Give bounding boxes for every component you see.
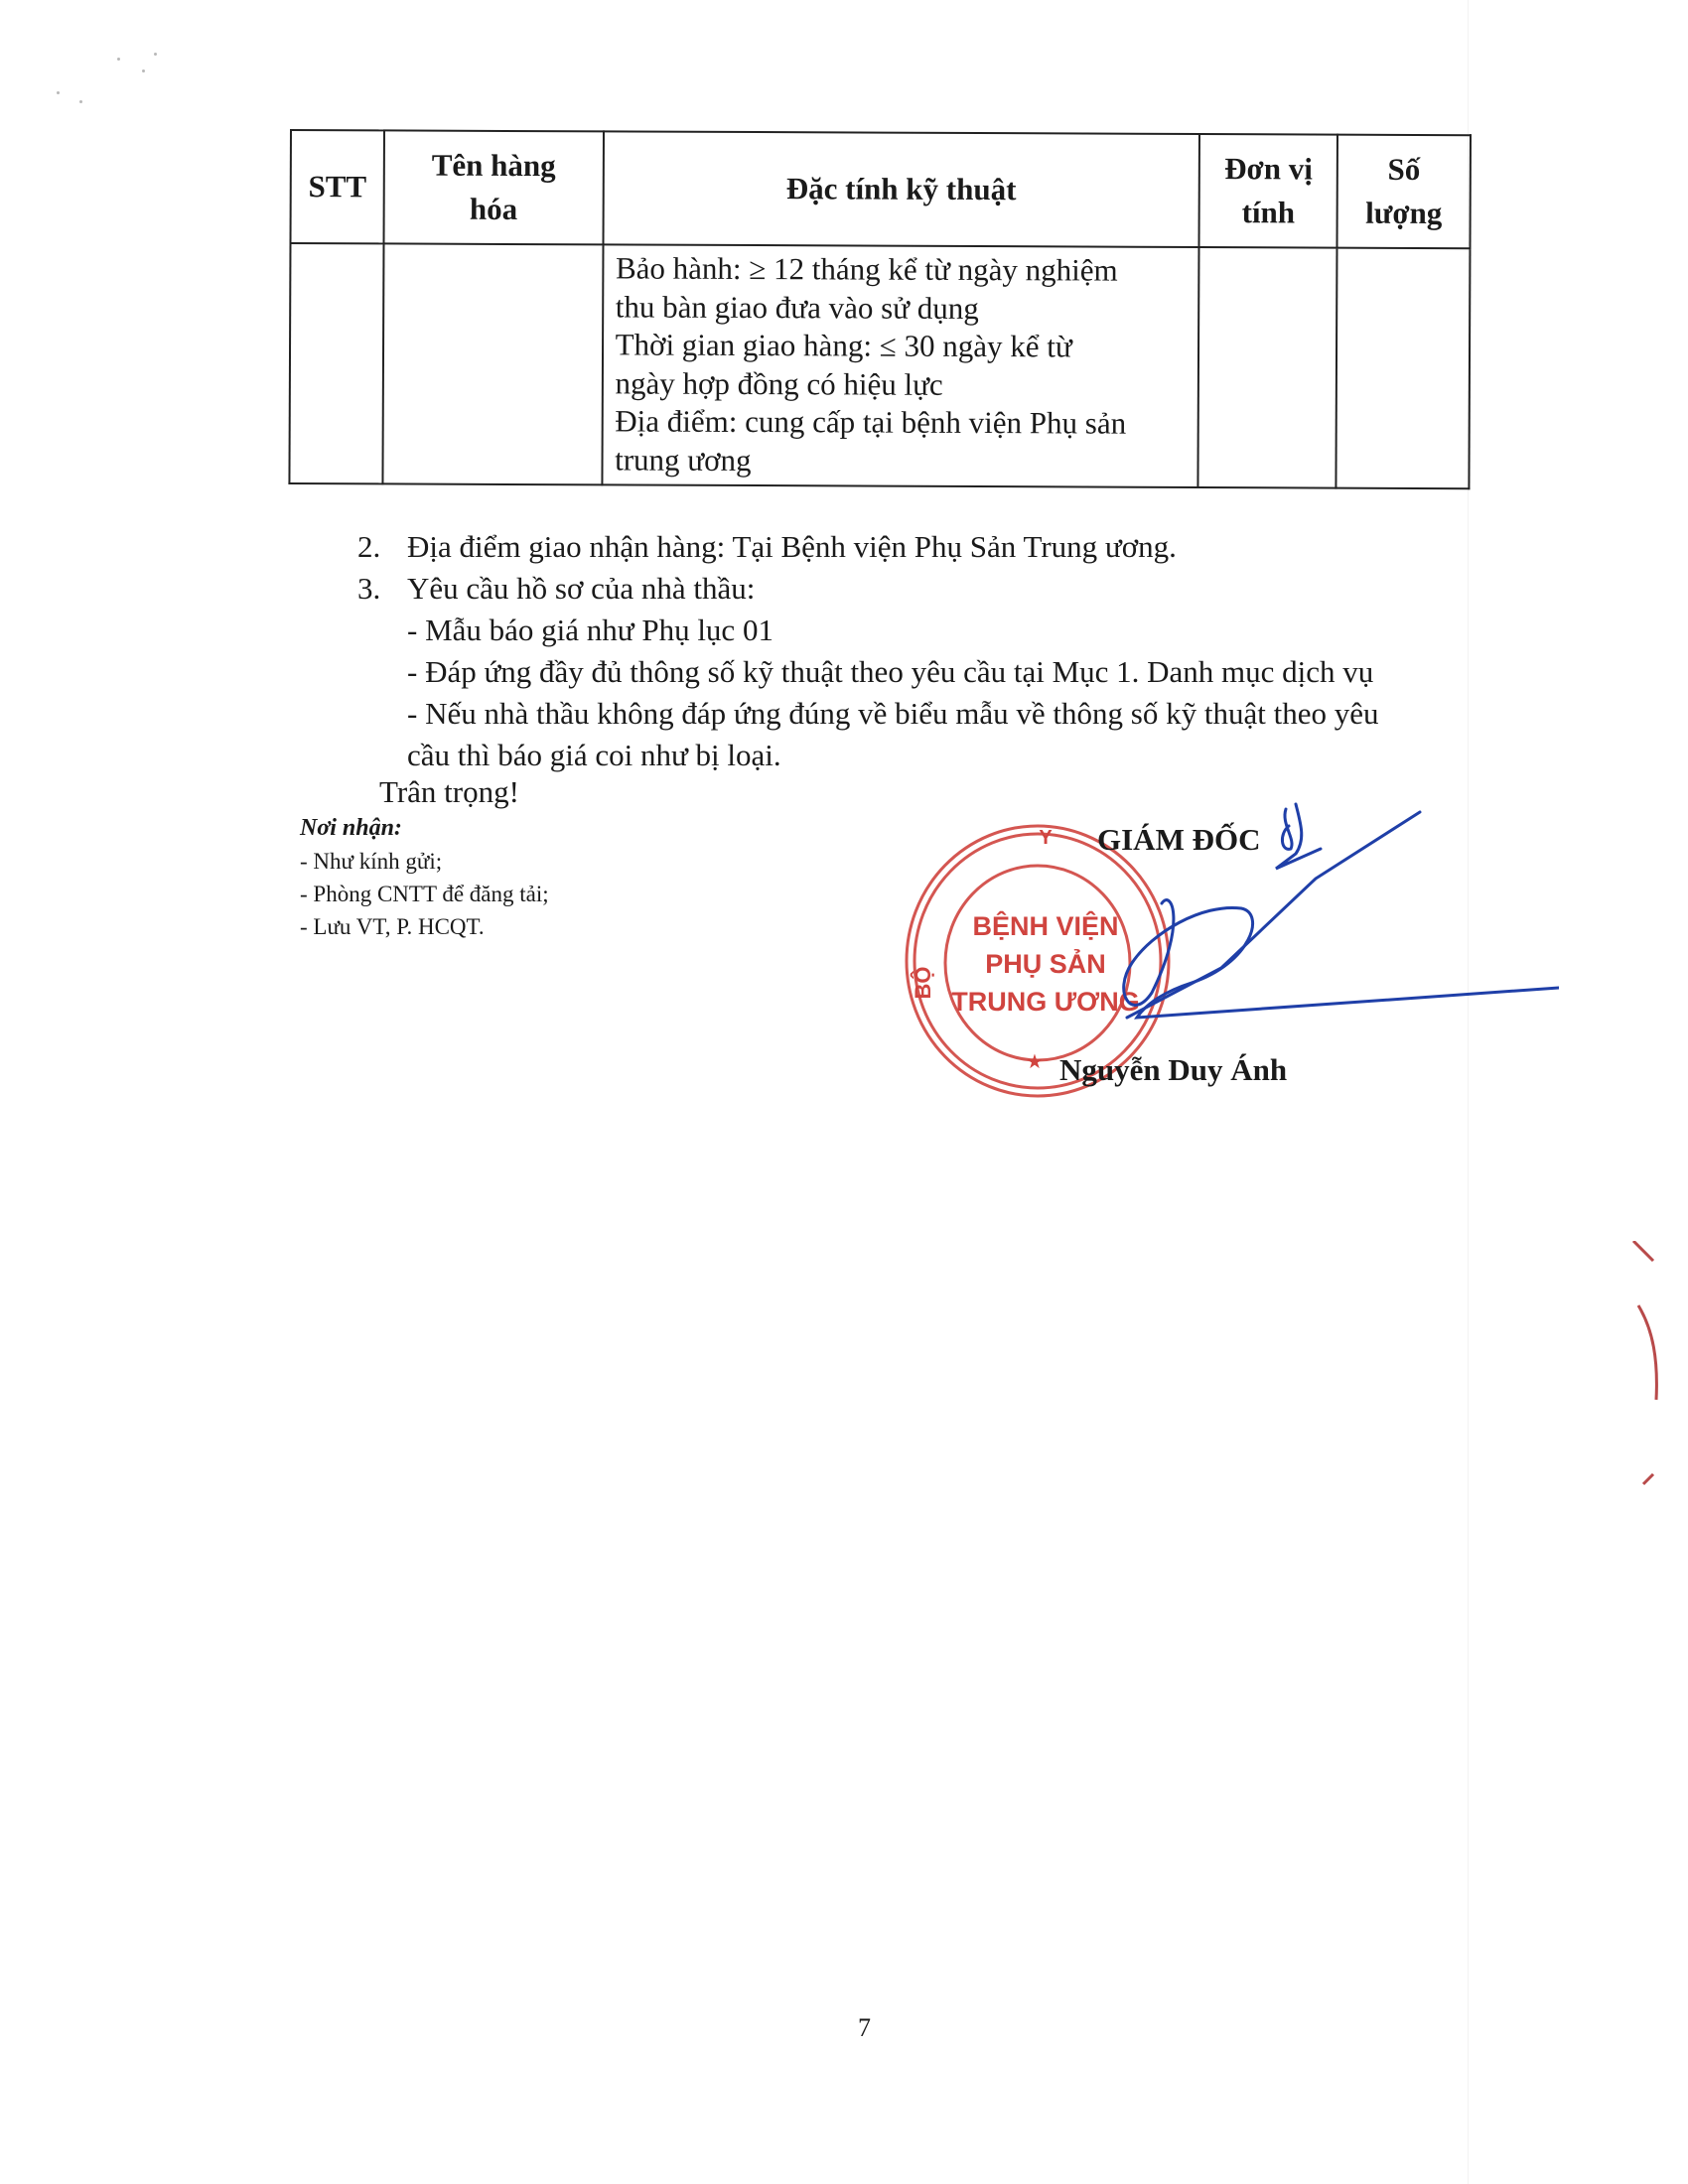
list-item-3: 3. Yêu cầu hồ sơ của nhà thầu:	[357, 568, 1378, 610]
header-qty: Sốlượng	[1337, 135, 1471, 249]
spec-line: trung ương	[615, 441, 1188, 481]
recipient-item: - Phòng CNTT để đăng tải;	[300, 878, 549, 910]
spec-line: thu bàn giao đưa vào sử dụng	[616, 288, 1189, 329]
header-spec: Đặc tính kỹ thuật	[603, 131, 1199, 247]
header-stt: STT	[290, 130, 384, 243]
page-number: 7	[858, 2013, 871, 2043]
svg-text:Y: Y	[1039, 827, 1053, 849]
recipient-item: - Như kính gửi;	[300, 845, 549, 878]
cell-stt	[289, 243, 383, 483]
recipients-heading: Nơi nhận:	[300, 812, 549, 845]
body-section: 2. Địa điểm giao nhận hàng: Tại Bệnh việ…	[357, 526, 1378, 776]
spec-line: Bảo hành: ≥ 12 tháng kể từ ngày nghiệm	[616, 249, 1189, 290]
cell-item-name	[383, 243, 603, 484]
svg-text:BỘ: BỘ	[911, 967, 935, 1000]
cell-qty	[1336, 248, 1471, 489]
recipients-block: Nơi nhận: - Như kính gửi; - Phòng CNTT đ…	[300, 812, 549, 943]
list-item-2: 2. Địa điểm giao nhận hàng: Tại Bệnh việ…	[357, 526, 1378, 568]
header-item-name: Tên hànghóa	[384, 130, 604, 244]
requirement-item: - Nếu nhà thầu không đáp ứng đúng về biể…	[357, 693, 1378, 735]
stamp-edge-fragment-icon	[1628, 1241, 1688, 1519]
requirement-item: - Mẫu báo giá như Phụ lục 01	[357, 610, 1378, 651]
spec-line: Thời gian giao hàng: ≤ 30 ngày kể từ	[616, 326, 1189, 366]
cell-unit	[1198, 247, 1337, 488]
requirement-item-continued: cầu thì báo giá coi như bị loại.	[357, 735, 1378, 776]
closing-text: Trân trọng!	[379, 774, 519, 810]
spec-line: Địa điểm: cung cấp tại bệnh viện Phụ sản	[615, 402, 1188, 443]
spec-table: STT Tên hànghóa Đặc tính kỹ thuật Đơn vị…	[288, 129, 1472, 489]
table-header-row: STT Tên hànghóa Đặc tính kỹ thuật Đơn vị…	[290, 130, 1470, 248]
svg-text:PHỤ SẢN: PHỤ SẢN	[985, 947, 1106, 979]
spec-line: ngày hợp đồng có hiệu lực	[615, 364, 1188, 405]
cell-spec: Bảo hành: ≥ 12 tháng kể từ ngày nghiệm t…	[602, 244, 1199, 487]
signer-name: Nguyễn Duy Ánh	[1059, 1052, 1287, 1088]
svg-text:★: ★	[1026, 1051, 1044, 1073]
header-unit: Đơn vịtính	[1199, 134, 1338, 248]
signature-icon	[1092, 794, 1559, 1042]
recipient-item: - Lưu VT, P. HCQT.	[300, 910, 549, 943]
requirement-item: - Đáp ứng đầy đủ thông số kỹ thuật theo …	[357, 651, 1378, 693]
table-row: Bảo hành: ≥ 12 tháng kể từ ngày nghiệm t…	[289, 243, 1470, 488]
